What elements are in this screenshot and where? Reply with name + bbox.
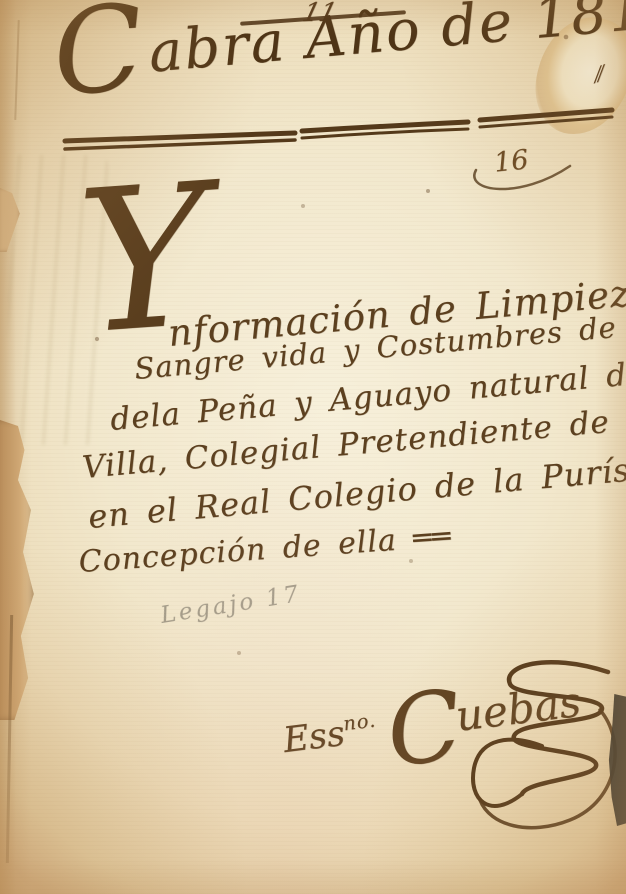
signature-abbreviation-superscript: no. (342, 708, 377, 735)
pencil-annotation: Legajo 17 (159, 581, 303, 629)
signature-abbreviation: Ess (281, 714, 347, 761)
manuscript-page: 11 Cabra Año de 1815 ⁄⁄ 16 Y nformación … (0, 0, 626, 894)
torn-edge-upper (0, 188, 22, 252)
fold-crease-top (14, 20, 19, 120)
signature-rubric-flourish (450, 650, 626, 845)
torn-edge-strip (0, 420, 36, 720)
folio-number-swash (468, 156, 578, 202)
ink-speckles (0, 0, 2, 2)
